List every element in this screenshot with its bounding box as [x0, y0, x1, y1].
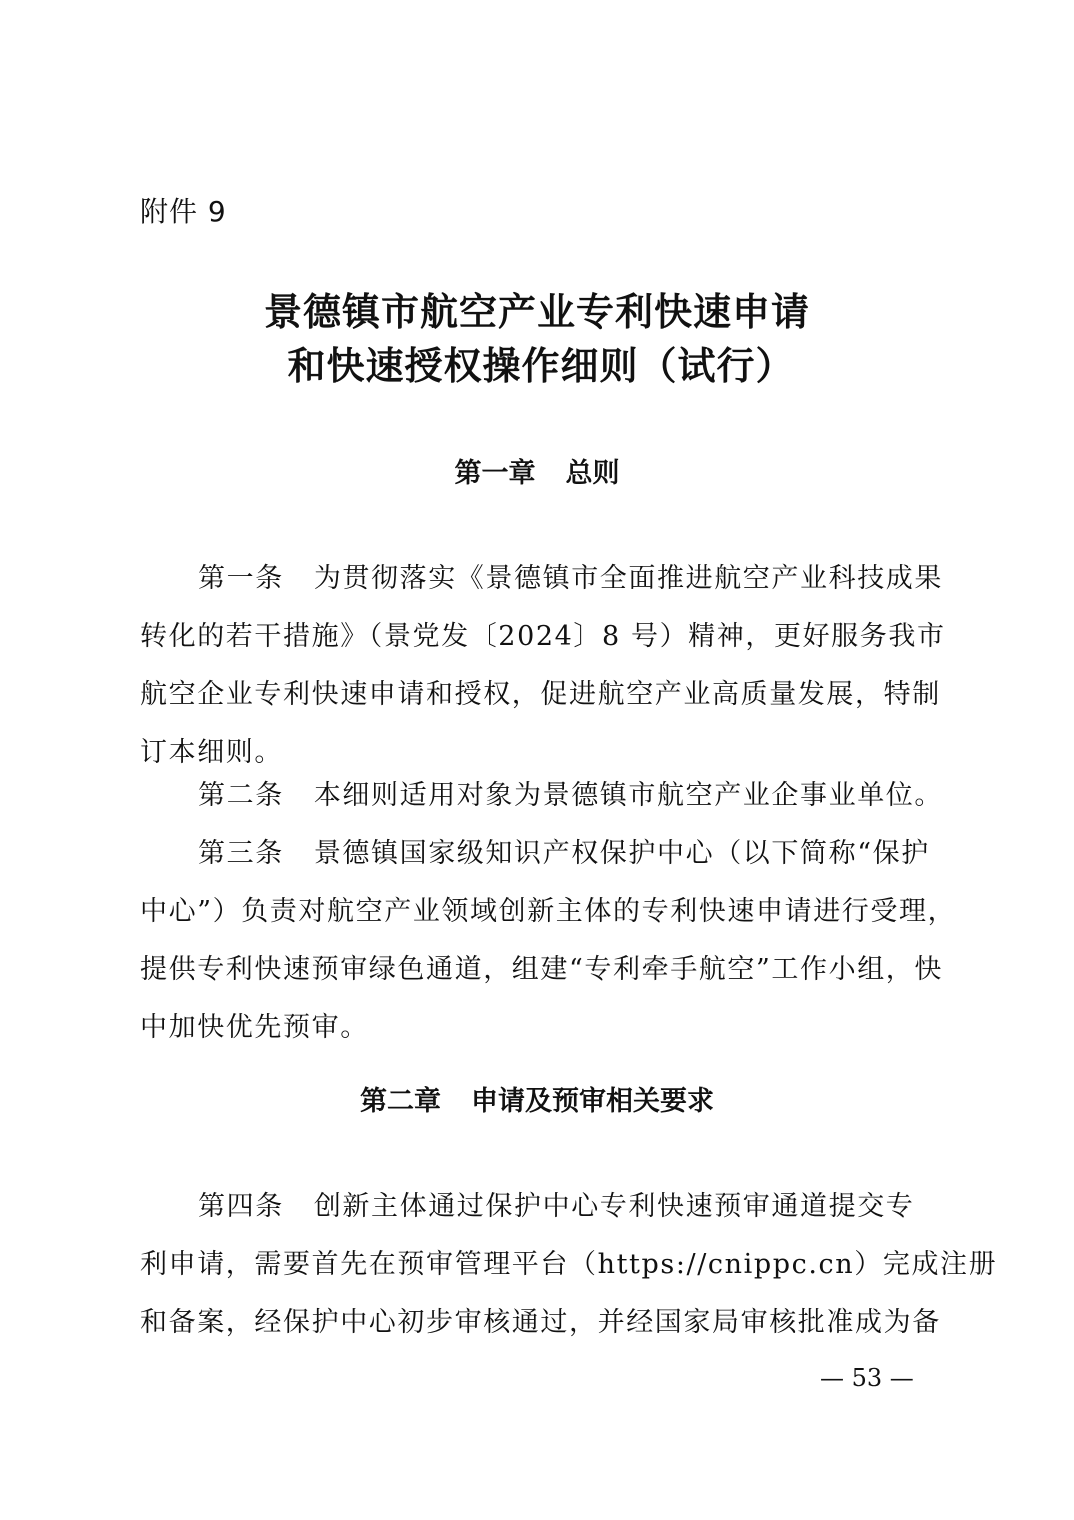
chapter-1-heading: 第一章总则 [0, 456, 1074, 492]
article-text-line: 和备案，经保护中心初步审核通过，并经国家局审核批准成为备 [140, 1294, 938, 1352]
chapter-name: 总则 [566, 458, 620, 489]
article-text-line: 提供专利快速预审绿色通道，组建“专利牵手航空”工作小组，快 [140, 941, 938, 999]
article-number: 第一条 [198, 563, 284, 594]
chapter-number: 第一章 [455, 458, 536, 489]
article-text-line: 转化的若干措施》（景党发〔2024〕8 号）精神，更好服务我市 [140, 608, 938, 666]
document-title-line-1: 景德镇市航空产业专利快速申请 [0, 286, 1074, 338]
chapter-name: 申请及预审相关要求 [471, 1086, 714, 1117]
chapter-number: 第二章 [360, 1086, 441, 1117]
article-text-line: 利申请，需要首先在预审管理平台（https://cnippc.cn）完成注册 [140, 1236, 938, 1294]
chapter-2-heading: 第二章申请及预审相关要求 [0, 1084, 1074, 1120]
document-title-line-2: 和快速授权操作细则（试行） [4, 340, 1074, 392]
article-text-line: 本细则适用对象为景德镇市航空产业企事业单位。 [314, 780, 943, 811]
attachment-label: 附件 9 [140, 194, 227, 230]
article-number: 第四条 [198, 1191, 284, 1222]
article-1: 第一条为贯彻落实《景德镇市全面推进航空产业科技成果 转化的若干措施》（景党发〔2… [140, 550, 938, 782]
article-text-line: 景德镇国家级知识产权保护中心（以下简称“保护 [314, 838, 930, 869]
article-text-line: 为贯彻落实《景德镇市全面推进航空产业科技成果 [314, 563, 943, 594]
article-text-line: 创新主体通过保护中心专利快速预审通道提交专 [314, 1191, 915, 1222]
page-number: — 53 — [820, 1362, 914, 1394]
article-number: 第二条 [198, 780, 284, 811]
article-2: 第二条本细则适用对象为景德镇市航空产业企事业单位。 [140, 767, 938, 825]
article-3: 第三条景德镇国家级知识产权保护中心（以下简称“保护 中心”）负责对航空产业领域创… [140, 825, 938, 1057]
article-text-line: 中心”）负责对航空产业领域创新主体的专利快速申请进行受理， [140, 883, 938, 941]
article-number: 第三条 [198, 838, 284, 869]
article-text-line: 航空企业专利快速申请和授权，促进航空产业高质量发展，特制 [140, 666, 938, 724]
article-4: 第四条创新主体通过保护中心专利快速预审通道提交专 利申请，需要首先在预审管理平台… [140, 1178, 938, 1352]
article-text-line: 中加快优先预审。 [140, 999, 938, 1057]
